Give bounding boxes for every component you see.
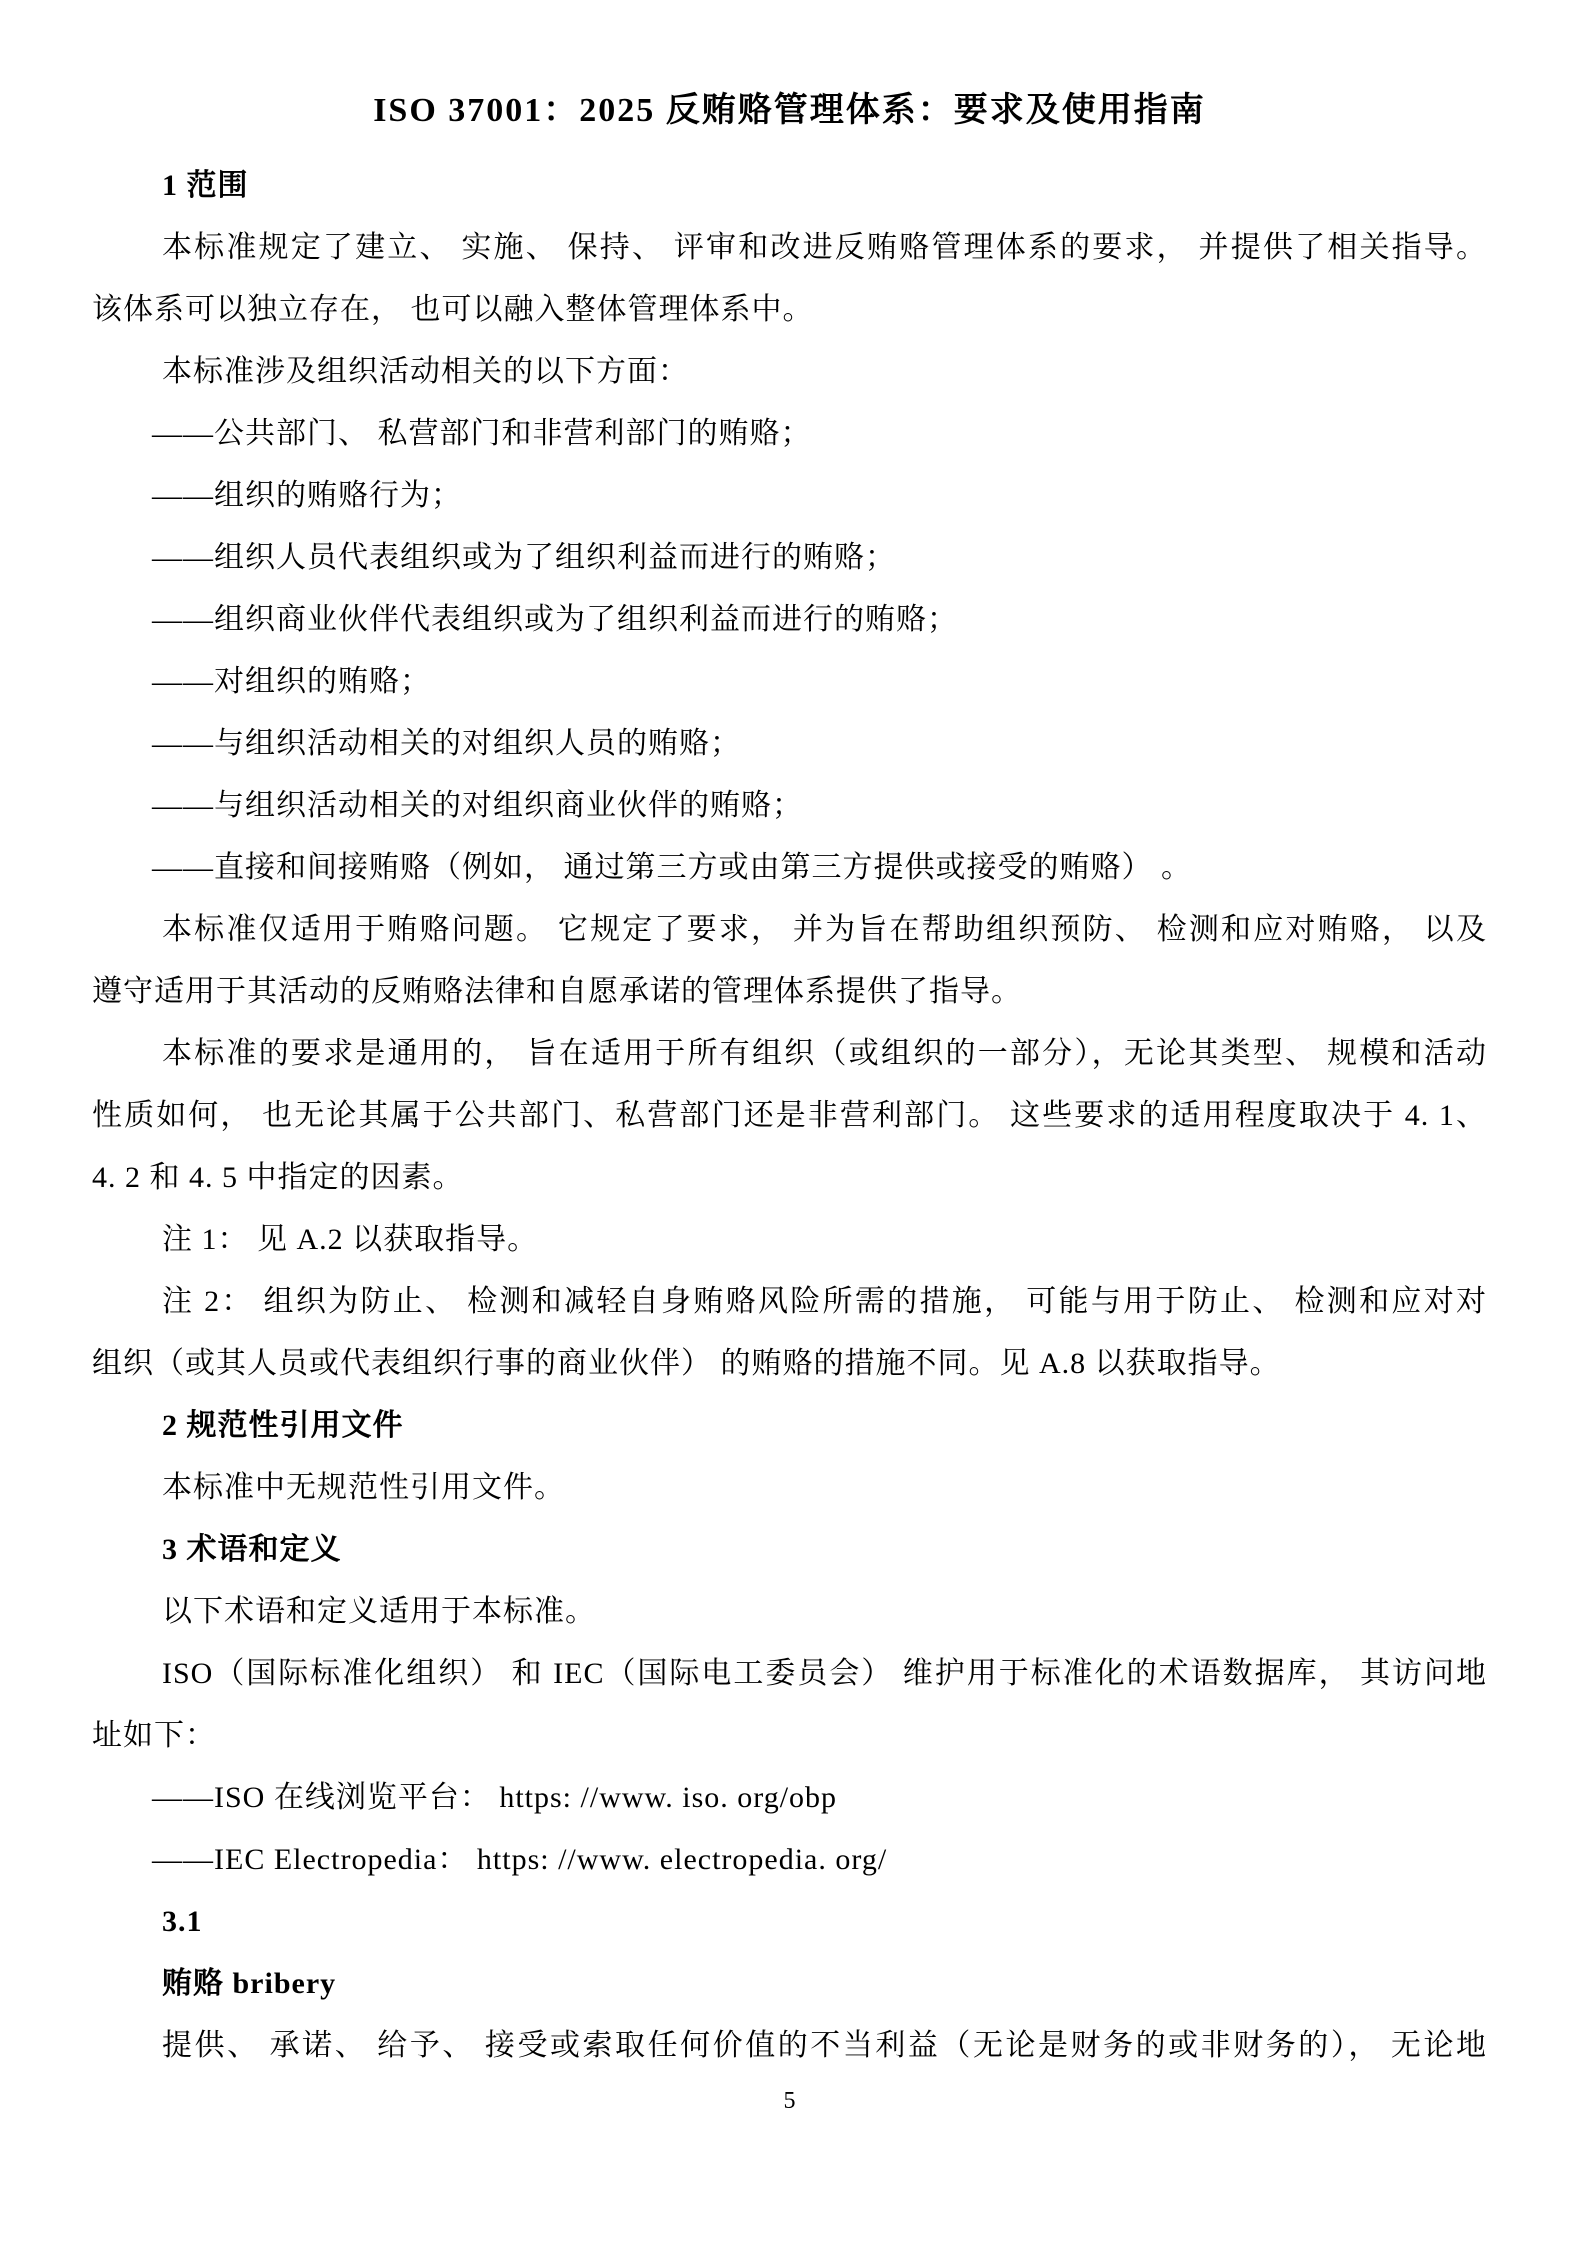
section-heading: 3 术语和定义 <box>92 1519 1487 1581</box>
text-line: 遵守适用于其活动的反贿赂法律和自愿承诺的管理体系提供了指导。 <box>92 961 1487 1023</box>
text-line: 提供、 承诺、 给予、 接受或索取任何价值的不当利益（无论是财务的或非财务的），… <box>92 2015 1487 2077</box>
text-line: 本标准中无规范性引用文件。 <box>92 1457 1487 1519</box>
section-heading: 2 规范性引用文件 <box>92 1395 1487 1457</box>
text-line: ——IEC Electropedia： https: //www. electr… <box>92 1829 1487 1891</box>
text-line: ——组织人员代表组织或为了组织利益而进行的贿赂； <box>92 527 1487 589</box>
text-line: 该体系可以独立存在， 也可以融入整体管理体系中。 <box>92 279 1487 341</box>
text-line: ——对组织的贿赂； <box>92 651 1487 713</box>
text-line: ——与组织活动相关的对组织商业伙伴的贿赂； <box>92 775 1487 837</box>
section-heading: 贿赂 bribery <box>92 1953 1487 2015</box>
text-line: 以下术语和定义适用于本标准。 <box>92 1581 1487 1643</box>
text-line: 注 2： 组织为防止、 检测和减轻自身贿赂风险所需的措施， 可能与用于防止、 检… <box>92 1271 1487 1333</box>
section-heading: 1 范围 <box>92 155 1487 217</box>
text-line: 本标准的要求是通用的， 旨在适用于所有组织（或组织的一部分），无论其类型、 规模… <box>92 1023 1487 1085</box>
document-body: 1 范围本标准规定了建立、 实施、 保持、 评审和改进反贿赂管理体系的要求， 并… <box>92 155 1487 2077</box>
document-title: ISO 37001：2025 反贿赂管理体系：要求及使用指南 <box>92 80 1487 142</box>
text-line: 本标准涉及组织活动相关的以下方面： <box>92 341 1487 403</box>
text-line: 组织（或其人员或代表组织行事的商业伙伴） 的贿赂的措施不同。见 A.8 以获取指… <box>92 1333 1487 1395</box>
page-number: 5 <box>92 2077 1487 2125</box>
document-page: ISO 37001：2025 反贿赂管理体系：要求及使用指南 1 范围本标准规定… <box>0 0 1587 2245</box>
text-line: 本标准仅适用于贿赂问题。 它规定了要求， 并为旨在帮助组织预防、 检测和应对贿赂… <box>92 899 1487 961</box>
text-line: ——ISO 在线浏览平台： https: //www. iso. org/obp <box>92 1767 1487 1829</box>
text-line: ——公共部门、 私营部门和非营利部门的贿赂； <box>92 403 1487 465</box>
text-line: 4. 2 和 4. 5 中指定的因素。 <box>92 1147 1487 1209</box>
text-line: ——直接和间接贿赂（例如， 通过第三方或由第三方提供或接受的贿赂） 。 <box>92 837 1487 899</box>
text-line: ISO（国际标准化组织） 和 IEC（国际电工委员会） 维护用于标准化的术语数据… <box>92 1643 1487 1705</box>
text-line: ——组织的贿赂行为； <box>92 465 1487 527</box>
text-line: ——组织商业伙伴代表组织或为了组织利益而进行的贿赂； <box>92 589 1487 651</box>
section-heading: 3.1 <box>92 1891 1487 1953</box>
text-line: 址如下： <box>92 1705 1487 1767</box>
text-line: 性质如何， 也无论其属于公共部门、私营部门还是非营利部门。 这些要求的适用程度取… <box>92 1085 1487 1147</box>
text-line: 注 1： 见 A.2 以获取指导。 <box>92 1209 1487 1271</box>
text-line: ——与组织活动相关的对组织人员的贿赂； <box>92 713 1487 775</box>
text-line: 本标准规定了建立、 实施、 保持、 评审和改进反贿赂管理体系的要求， 并提供了相… <box>92 217 1487 279</box>
